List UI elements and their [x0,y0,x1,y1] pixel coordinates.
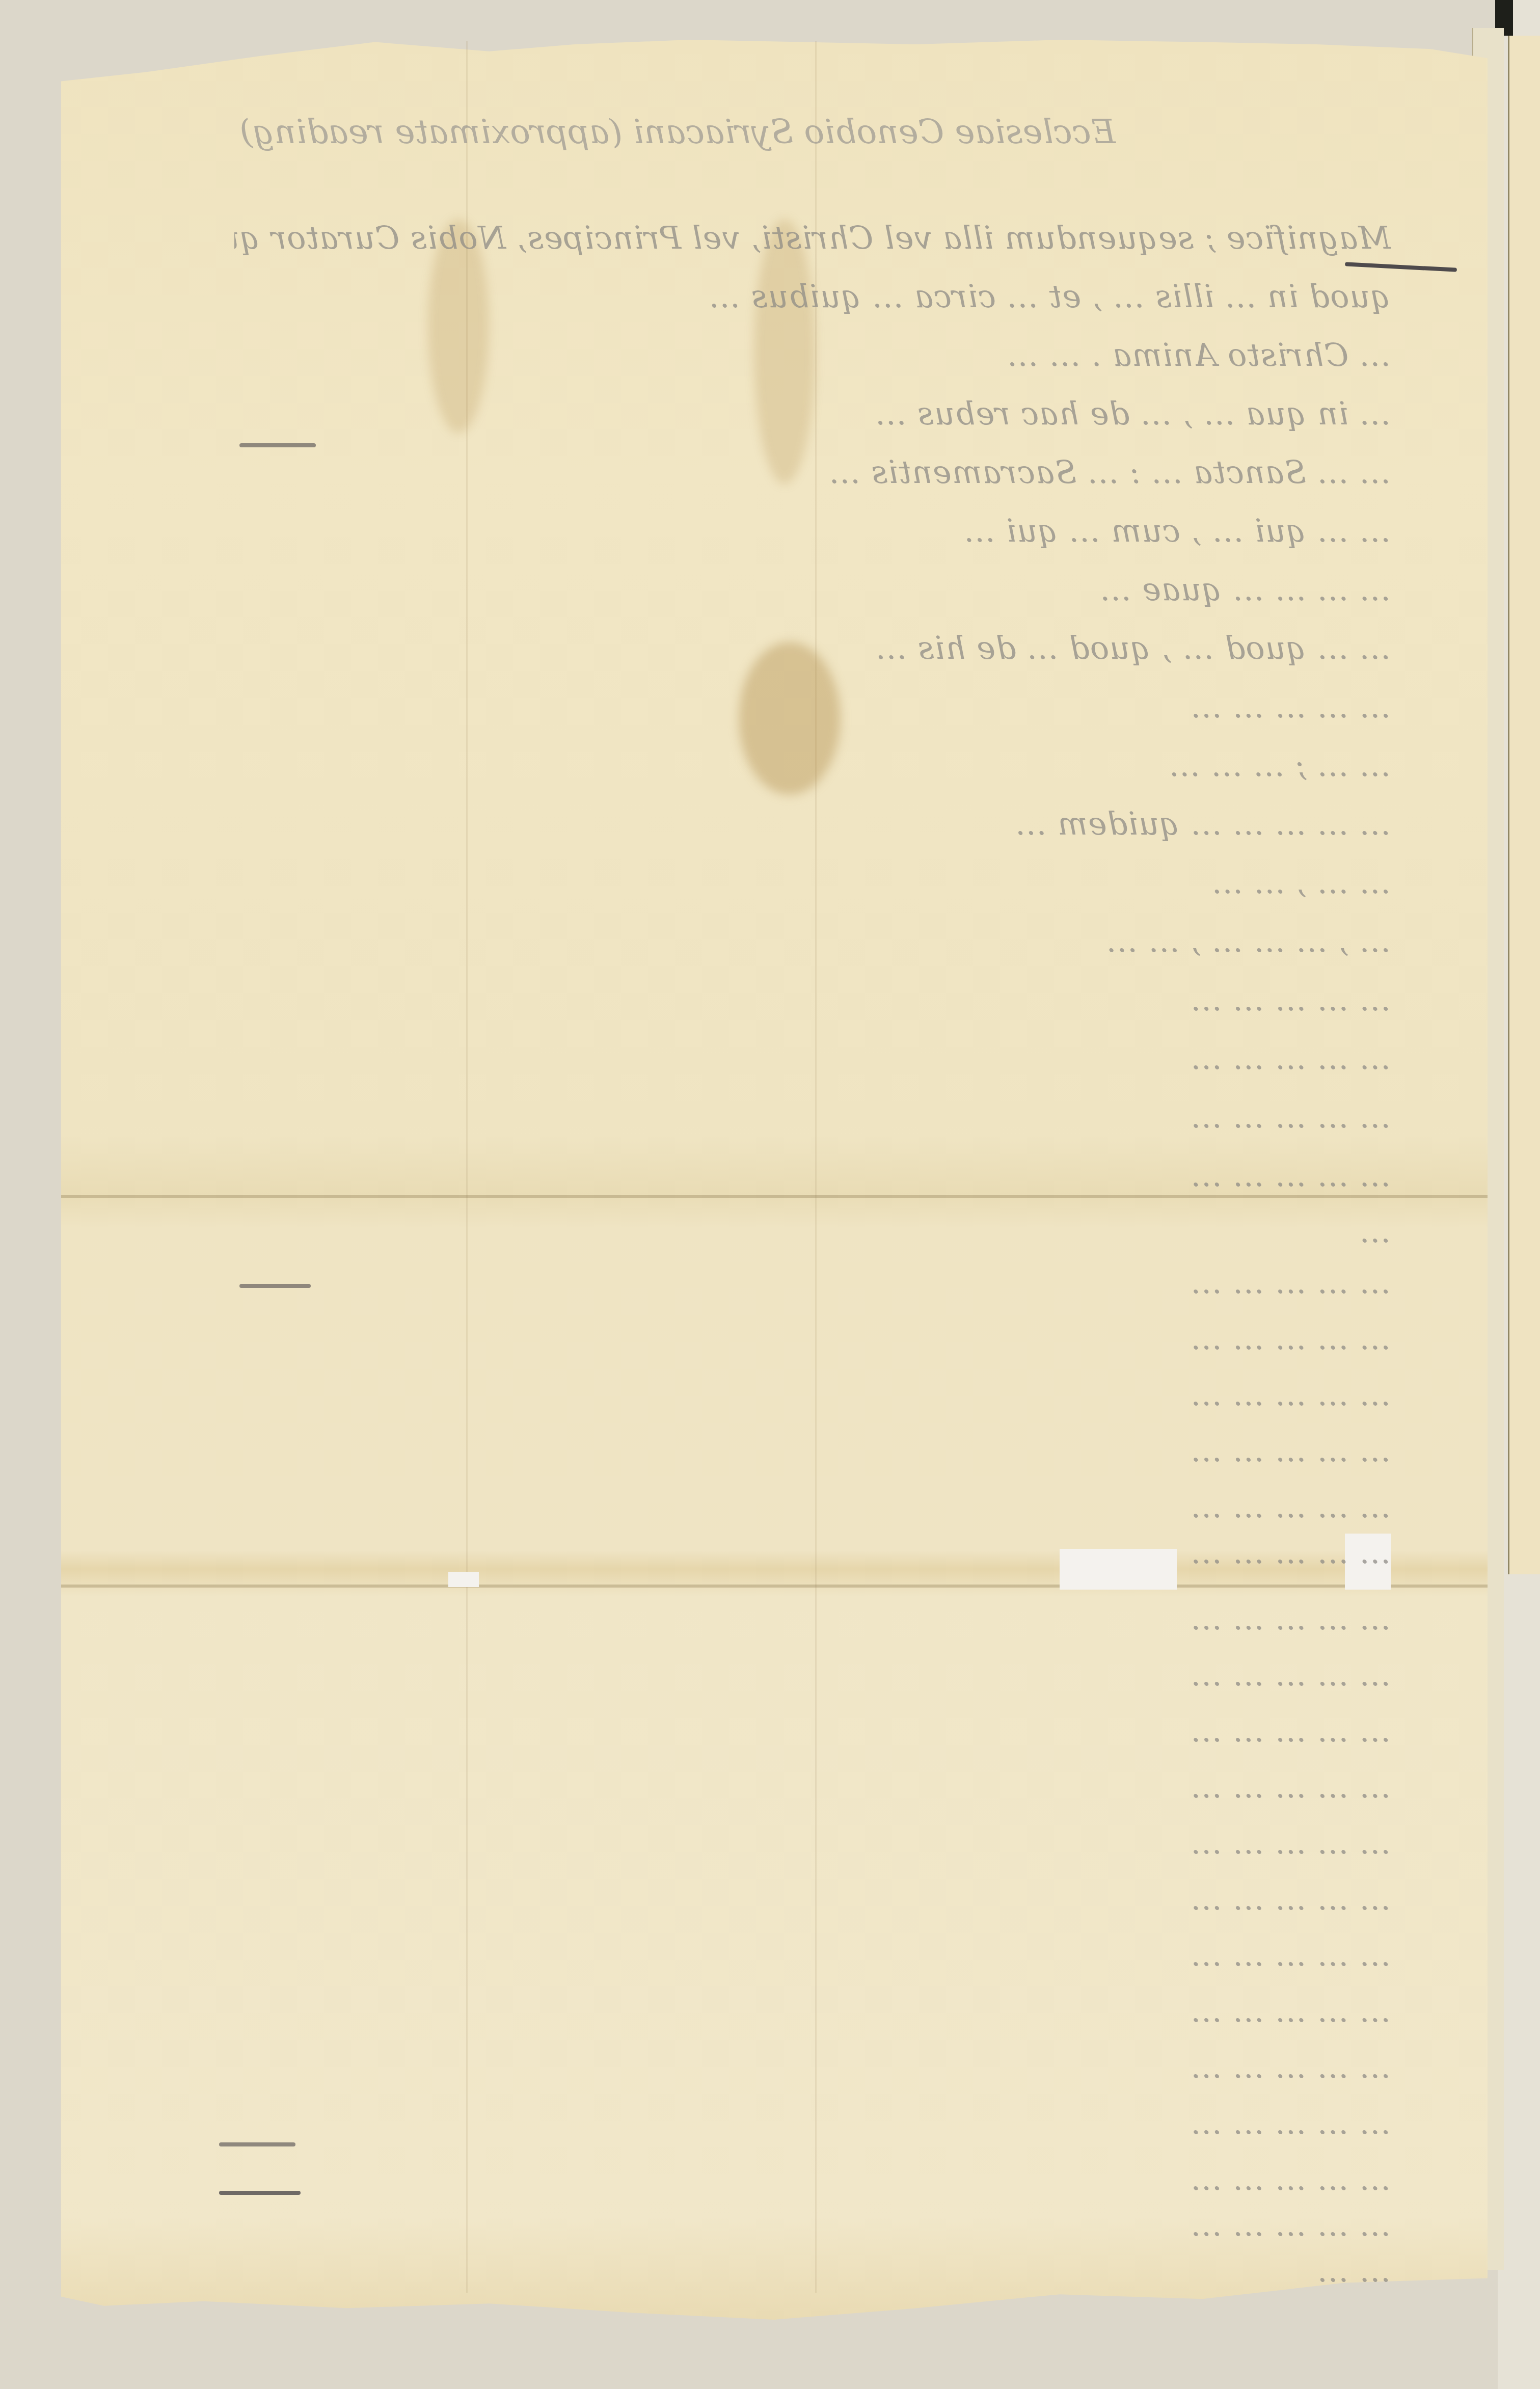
margin-dash-mark [239,443,316,447]
horizontal-fold [61,1585,1488,1588]
manuscript-line: ... ... qui ... , cum ... qui ... [234,512,1391,558]
manuscript-line: ... ... Sancta ... : ... Sacramentis ... [234,453,1391,499]
manuscript-line: Magnifice ; sequendum illa vel Christi, … [234,219,1391,265]
manuscript-line: ... ... ... ... ... [234,1432,1391,1478]
manuscript-line: ... ... ... ... ... [234,1534,1391,1579]
manuscript-line: ... ... ... ... ... [234,1880,1391,1926]
manuscript-line: ... ... [234,2252,1391,2298]
manuscript-line: ... ... ... ... ... [234,1157,1391,1202]
manuscript-line: ... ... ... ... ... [234,981,1391,1027]
manuscript-line: ... ... quod ... , quod ... de his ... [234,629,1391,675]
manuscript-line: ... ... ... ... ... [234,1376,1391,1421]
manuscript-line: ... ... ... ... ... [234,1264,1391,1309]
manuscript-line: ... ... ... ... ... [234,2048,1391,2094]
manuscript-line: ... ... ... ... ... [234,1039,1391,1085]
manuscript-line: ... ... ... ... quae ... [234,571,1391,616]
manuscript-line: ... ... ... ... ... [234,1768,1391,1814]
manuscript-line: ... ... ... ... ... quidem ... [234,805,1391,851]
manuscript-line: ... ... ... ... ... [234,1824,1391,1870]
manuscript-line: ... Christo Anima . ... ... [234,336,1391,382]
manuscript-line: ... ... ... ... ... [234,1098,1391,1144]
manuscript-line: ... ... , ... ... [234,864,1391,909]
manuscript-line: ... ... ... ... ... [234,1712,1391,1758]
manuscript-line: ... , ... ... ... , ... ... [234,922,1391,968]
margin-dash-mark [219,2191,301,2195]
adjacent-page-edge [1508,36,1540,1574]
manuscript-line: quod in ... illis ... , et ... circa ...… [234,278,1391,324]
manuscript-line: ... ... ... ... ... [234,2160,1391,2206]
manuscript-line: ... ... ... ... ... [234,1600,1391,1646]
manuscript-line: ... in qua ... , ... de hac rebus ... [234,395,1391,441]
manuscript-line: ... ... ... ... ... [234,2104,1391,2150]
manuscript-line: ... ... ... ... ... [234,1488,1391,1534]
margin-dash-mark [239,1284,311,1288]
manuscript-line: ... ... ... ... ... [234,1936,1391,1982]
manuscript-line: ... ... ... ... ... [234,1656,1391,1702]
manuscript-line: ... ... ... ... ... [234,688,1391,734]
margin-dash-mark [219,2142,295,2146]
manuscript-line: ... ... ... ... ... [234,2206,1391,2252]
manuscript-line: ... [234,1213,1391,1258]
manuscript-line: ... ... ... ... ... [234,1992,1391,2038]
manuscript-line: ... ... ... ... ... [234,1320,1391,1365]
manuscript-line: ... ... ; ... ... ... [234,746,1391,792]
manuscript-heading: Ecclesiae Cenobio Syriacani (approximate… [479,112,1116,158]
